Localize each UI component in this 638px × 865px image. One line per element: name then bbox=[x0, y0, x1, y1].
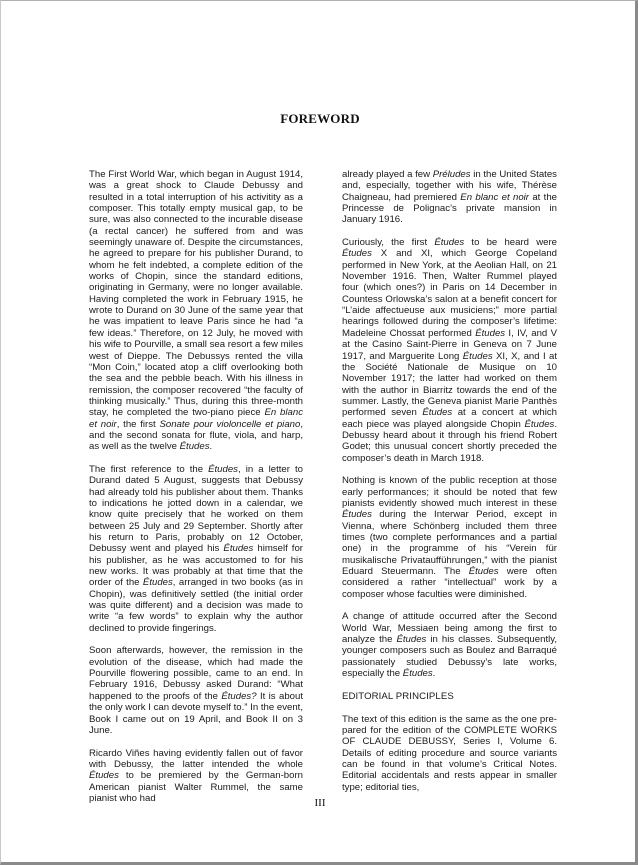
page-title: FOREWORD bbox=[1, 111, 638, 127]
paragraph: Nothing is known of the public reception… bbox=[342, 475, 557, 600]
italic-text: Études bbox=[422, 407, 452, 418]
italic-text: Études? bbox=[221, 691, 256, 702]
text-run: . bbox=[433, 668, 436, 679]
document-page: FOREWORD The First World War, which bega… bbox=[0, 0, 638, 865]
italic-text: Études bbox=[223, 543, 253, 554]
left-column: The First World War, which began in Augu… bbox=[89, 169, 303, 816]
italic-text: Sonate pour violoncelle et piano bbox=[159, 419, 300, 430]
italic-text: Études bbox=[342, 509, 372, 520]
italic-text: Études bbox=[143, 577, 173, 588]
italic-text: Études bbox=[208, 464, 238, 475]
paragraph: The text of this edition is the same as … bbox=[342, 714, 557, 793]
text-run: The first reference to the bbox=[89, 464, 208, 475]
italic-text: Études bbox=[434, 237, 464, 248]
right-column: already played a few Préludes in the Uni… bbox=[342, 169, 557, 804]
text-run: X and XI, which George Copeland performe… bbox=[342, 248, 557, 338]
section-heading: EDITORIAL PRINCIPLES bbox=[342, 691, 557, 702]
italic-text: Préludes bbox=[433, 169, 471, 180]
text-run: . bbox=[210, 441, 213, 452]
page-number: III bbox=[1, 797, 638, 809]
text-run: Ricardo Viñes having evidently fallen ou… bbox=[89, 748, 303, 770]
text-run: The First World War, which began in Augu… bbox=[89, 169, 303, 418]
paragraph: already played a few Préludes in the Uni… bbox=[342, 169, 557, 226]
italic-text: Études bbox=[475, 328, 505, 339]
text-run: EDITORIAL PRINCIPLES bbox=[342, 691, 454, 702]
paragraph: The First World War, which began in Augu… bbox=[89, 169, 303, 453]
italic-text: Études bbox=[403, 668, 433, 679]
paragraph: The first reference to the Études, in a … bbox=[89, 464, 303, 634]
paragraph: Soon afterwards, however, the remission … bbox=[89, 645, 303, 736]
paragraph: A change of attitude occurred after the … bbox=[342, 611, 557, 679]
text-run: The text of this edition is the same as … bbox=[342, 714, 557, 793]
italic-text: En blanc et noir bbox=[460, 192, 529, 203]
italic-text: Études bbox=[463, 351, 493, 362]
italic-text: Études bbox=[469, 566, 499, 577]
italic-text: Études bbox=[524, 419, 554, 430]
paragraph: Ricardo Viñes having evidently fallen ou… bbox=[89, 748, 303, 805]
italic-text: Études bbox=[180, 441, 210, 452]
text-run: already played a few bbox=[342, 169, 433, 180]
italic-text: Études bbox=[89, 770, 119, 781]
italic-text: Études bbox=[342, 248, 372, 259]
text-run: , in a letter to Durand dated 5 August, … bbox=[89, 464, 303, 554]
text-run: to be heard were bbox=[464, 237, 557, 248]
text-run: , the first bbox=[117, 419, 160, 430]
paragraph: Curiously, the first Études to be heard … bbox=[342, 237, 557, 464]
italic-text: Études bbox=[396, 634, 426, 645]
text-run: Curiously, the first bbox=[342, 237, 434, 248]
text-run: Nothing is known of the public reception… bbox=[342, 475, 557, 509]
